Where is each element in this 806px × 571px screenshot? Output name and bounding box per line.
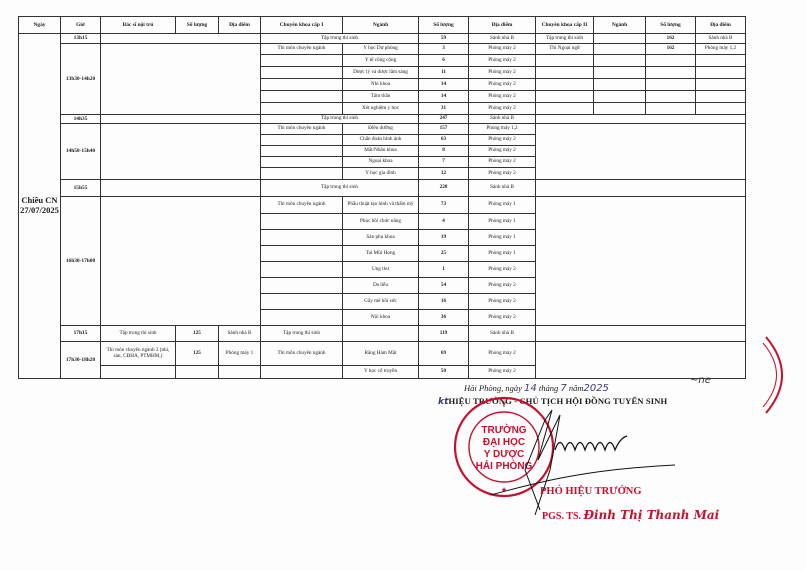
col-time: Giờ — [61, 17, 101, 34]
ck1-place: Phòng máy 2 — [469, 146, 536, 157]
ck1-count: 25 — [419, 246, 469, 262]
time-cell: 13h30-14h20 — [61, 44, 101, 115]
ck1-count: 31 — [419, 103, 469, 115]
ck1-count: 4 — [419, 214, 469, 230]
ck2-empty — [536, 197, 746, 326]
ck1-place: Phòng máy 2 — [469, 342, 536, 366]
table-row: 14h35 Tập trung thí sinh 247 Sảnh nhà B — [19, 115, 746, 124]
ck1-count: 14 — [419, 79, 469, 91]
ck1-place: Phòng máy 2 — [469, 294, 536, 310]
ck1-count: 19 — [419, 230, 469, 246]
resident-place: Sảnh nhà B — [219, 326, 261, 342]
resident-activity: Tập trung thí sinh — [101, 326, 176, 342]
resident-empty — [101, 124, 261, 180]
ck1-major: Điều dưỡng — [343, 124, 419, 135]
time-cell: 15h55 — [61, 180, 101, 197]
table-row: 17h30-18h20 Thi môn chuyên ngành 2 (nhi,… — [19, 342, 746, 366]
col-res-place: Địa điểm — [219, 17, 261, 34]
ck1-count: 8 — [419, 146, 469, 157]
ck1-activity: Tập trung thí sinh — [261, 115, 419, 124]
ck1-place: Phòng máy 2 — [469, 44, 536, 55]
ck1-place: Phòng máy 2 — [469, 55, 536, 67]
ck1-major: Phục hồi chức năng — [343, 214, 419, 230]
ck1-activity — [261, 91, 343, 103]
ck1-count: 228 — [419, 180, 469, 197]
resident-place: Phòng máy 1 — [219, 342, 261, 366]
col-ck2-major: Ngành — [594, 17, 646, 34]
ck1-count: 73 — [419, 197, 469, 214]
ck1-count: 54 — [419, 278, 469, 294]
table-row: 15h55 Tập trung thí sinh 228 Sảnh nhà B — [19, 180, 746, 197]
ck1-count: 7 — [419, 157, 469, 168]
ck1-count: 14 — [419, 91, 469, 103]
ck1-place: Phòng máy 1 — [469, 197, 536, 214]
ck1-major: Y học gia đình — [343, 168, 419, 180]
col-resident: Bác sĩ nội trú — [101, 17, 176, 34]
ck2-count: 162 — [646, 34, 696, 44]
ck1-activity: Tập trung thí sinh — [261, 34, 419, 44]
ck1-activity: Thi môn chuyên ngành — [261, 44, 343, 55]
ck1-place: Phòng máy 2 — [469, 79, 536, 91]
ck2-place: Phòng máy 1,2 — [696, 44, 746, 55]
ck1-place: Phòng máy 2 — [469, 262, 536, 278]
ck1-place: Phòng máy 2 — [469, 135, 536, 146]
time-cell: 16h30-17h00 — [61, 197, 101, 326]
ck1-major: Tâm thần — [343, 91, 419, 103]
ck2-activity: Thi Ngoại ngữ — [536, 44, 594, 55]
ck1-count: 63 — [419, 135, 469, 146]
ck2-empty — [536, 180, 746, 197]
table-row: 16h30-17h00 Thi môn chuyên ngành Phẫu th… — [19, 197, 746, 214]
resident-empty — [101, 44, 261, 115]
ck1-major: Ngoại khoa — [343, 157, 419, 168]
table-row: 14h50-15h40 Thi môn chuyên ngành Điều dư… — [19, 124, 746, 135]
ck2-empty — [536, 342, 746, 379]
ck1-place: Sảnh nhà B — [469, 115, 536, 124]
ck1-place: Phòng máy 1 — [469, 246, 536, 262]
ck1-major: Mắt/Nhãn khoa — [343, 146, 419, 157]
ck1-place: Phòng máy 2 — [469, 157, 536, 168]
ck2-empty — [536, 124, 746, 180]
ck1-place: Phòng máy 1 — [469, 214, 536, 230]
ck1-count: 11 — [419, 67, 469, 79]
ck1-activity: Thi môn chuyên ngành — [261, 197, 343, 214]
ck1-count: 1 — [419, 262, 469, 278]
ck1-activity: Thi môn chuyên ngành — [261, 342, 343, 366]
ck1-activity: Thi môn chuyên ngành — [261, 124, 343, 135]
ck1-count: 59 — [419, 34, 469, 44]
ck1-place: Phòng máy 1,2 — [469, 124, 536, 135]
ck1-count: 6 — [419, 55, 469, 67]
ck1-major: Phẫu thuật tạo hình và thẩm mỹ — [343, 197, 419, 214]
ck1-count: 36 — [419, 310, 469, 326]
vice-rector-title: PHÓ HIỆU TRƯỞNG — [540, 486, 642, 497]
ck1-major: Ung thư — [343, 262, 419, 278]
ck2-major — [594, 34, 646, 44]
ck2-count: 162 — [646, 44, 696, 55]
ck1-major: Da liễu — [343, 278, 419, 294]
ck1-count: 50 — [419, 366, 469, 379]
time-cell: 14h50-15h40 — [61, 124, 101, 180]
exam-schedule-table: Ngày Giờ Bác sĩ nội trú Số lượng Địa điể… — [18, 16, 746, 379]
ck2-empty — [536, 326, 746, 342]
ck2-major — [594, 44, 646, 55]
ck1-major: Gây mê hồi sức — [343, 294, 419, 310]
ck1-place: Sảnh nhà B — [469, 326, 536, 342]
ck1-major: Sản phụ khoa — [343, 230, 419, 246]
ck1-activity: Tập trung thí sinh — [261, 180, 419, 197]
ck1-count: 3 — [419, 44, 469, 55]
time-cell: 17h15 — [61, 326, 101, 342]
col-day: Ngày — [19, 17, 61, 34]
ck1-place: Phòng máy 2 — [469, 103, 536, 115]
ck1-place: Phòng máy 2 — [469, 168, 536, 180]
ck1-count: 119 — [419, 326, 469, 342]
col-ck1-major: Ngành — [343, 17, 419, 34]
resident-activity: Thi môn chuyên ngành 2 (nhi, sản, CĐHA, … — [101, 342, 176, 366]
ck1-major: Xét nghiệm y học — [343, 103, 419, 115]
ck1-count: 247 — [419, 115, 469, 124]
ck2-place: Sảnh nhà B — [696, 34, 746, 44]
resident-empty — [101, 180, 261, 197]
ck1-major: Chẩn đoán hình ảnh — [343, 135, 419, 146]
ck1-count: 12 — [419, 168, 469, 180]
ck1-activity: Tập trung thí sinh — [261, 326, 343, 342]
ck1-major: Nội khoa — [343, 310, 419, 326]
ck1-activity — [261, 79, 343, 91]
resident-empty — [101, 34, 261, 44]
ck1-activity — [261, 67, 343, 79]
signature-icon — [480, 400, 680, 520]
col-ck2-count: Số lượng — [646, 17, 696, 34]
ck1-major: Y học cổ truyền — [343, 366, 419, 379]
signer-name: PGS. TS. Đinh Thị Thanh Mai — [542, 508, 719, 522]
day-cell: Chiều CN 27/07/2025 — [19, 34, 61, 379]
initial-mark: ~ne — [690, 375, 711, 386]
col-ck1: Chuyên khoa cấp I — [261, 17, 343, 34]
ck2-empty — [536, 115, 746, 124]
table-row: 13h30-14h20 Thi môn chuyên ngành Y học D… — [19, 44, 746, 55]
partial-seal-icon — [760, 335, 800, 415]
ck1-place: Sảnh nhà B — [469, 180, 536, 197]
time-cell: 13h15 — [61, 34, 101, 44]
ck1-major: Y tế công cộng — [343, 55, 419, 67]
col-ck1-place: Địa điểm — [469, 17, 536, 34]
ck2-activity: Tập trung thí sinh — [536, 34, 594, 44]
resident-count: 125 — [176, 342, 219, 366]
ck1-activity — [261, 55, 343, 67]
ck1-major: Răng Hàm Mặt — [343, 342, 419, 366]
ck1-place: Sảnh nhà B — [469, 34, 536, 44]
col-ck2-place: Địa điểm — [696, 17, 746, 34]
ck1-place: Phòng máy 2 — [469, 310, 536, 326]
time-cell: 17h30-18h20 — [61, 342, 101, 379]
resident-count: 125 — [176, 326, 219, 342]
ck1-count: 157 — [419, 124, 469, 135]
table-row: 17h15 Tập trung thí sinh 125 Sảnh nhà B … — [19, 326, 746, 342]
ck1-major: Dược lý và dược lâm sàng — [343, 67, 419, 79]
ck1-major: Tai Mũi Họng — [343, 246, 419, 262]
ck1-major: Nhi khoa — [343, 79, 419, 91]
ck1-place: Phòng máy 2 — [469, 67, 536, 79]
ck1-count: 69 — [419, 342, 469, 366]
ck1-place: Phòng máy 1 — [469, 230, 536, 246]
ck1-major: Y học Dự phòng — [343, 44, 419, 55]
ck1-activity — [261, 103, 343, 115]
resident-empty — [101, 115, 261, 124]
table-row: Chiều CN 27/07/2025 13h15 Tập trung thí … — [19, 34, 746, 44]
resident-empty — [101, 197, 261, 326]
place-date: Hải Phòng, ngày 14 tháng 7 năm2025 — [464, 383, 609, 394]
col-ck1-count: Số lượng — [419, 17, 469, 34]
ck1-place: Phòng máy 2 — [469, 366, 536, 379]
col-res-count: Số lượng — [176, 17, 219, 34]
header-row: Ngày Giờ Bác sĩ nội trú Số lượng Địa điể… — [19, 17, 746, 34]
col-ck2: Chuyên khoa cấp II — [536, 17, 594, 34]
time-cell: 14h35 — [61, 115, 101, 124]
ck1-place: Phòng máy 2 — [469, 278, 536, 294]
ck1-count: 16 — [419, 294, 469, 310]
ck1-place: Phòng máy 2 — [469, 91, 536, 103]
